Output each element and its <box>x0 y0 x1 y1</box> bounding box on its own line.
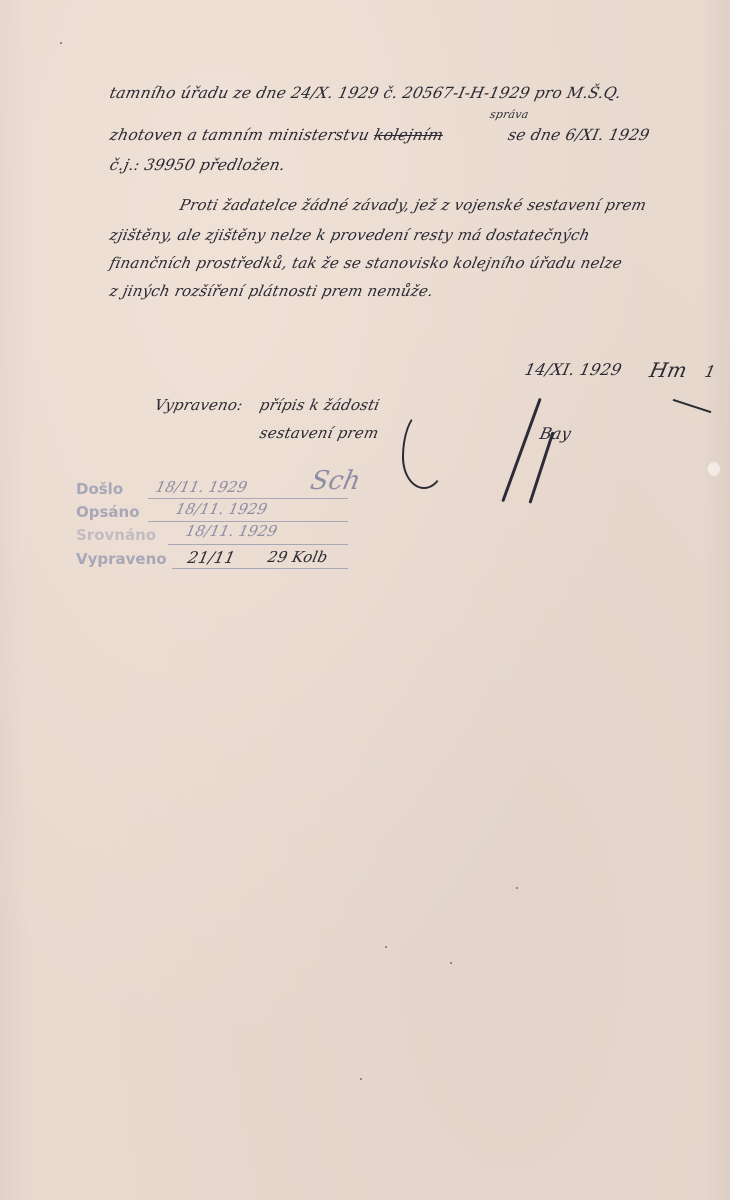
disposition-text-line2: sestavení prem <box>258 424 380 442</box>
stamp-value-vypraveno: 21/11 <box>186 548 237 567</box>
stamp-line <box>168 544 348 545</box>
disposition-text-line1: přípis k žádosti <box>258 396 381 414</box>
stamp-value-opsano: 18/11. 1929 <box>174 500 269 518</box>
paragraph1-line1: tamního úřadu ze dne 24/X. 1929 č. 20567… <box>108 84 623 102</box>
paragraph1-line3: č.j.: 39950 předložen. <box>108 156 287 174</box>
stamp-line <box>172 568 348 569</box>
closing-date: 14/XI. 1929 <box>523 360 624 379</box>
paper-speck <box>516 887 518 889</box>
paragraph2-line3: finančních prostředků, tak že se stanovi… <box>108 254 624 272</box>
paragraph1-line2: zhotoven a tamním ministerstvu kolejním … <box>108 126 651 144</box>
disposition-label: Vypraveno: <box>153 396 244 414</box>
stamp-label-srovnano: Srovnáno <box>76 526 156 544</box>
stamp-label-opsano: Opsáno <box>76 503 140 521</box>
paper-speck <box>60 42 62 44</box>
paragraph1-line2-insert: správa <box>489 108 530 121</box>
closing-number: 1 <box>703 362 717 381</box>
signature-loop <box>402 410 446 489</box>
edge-mark <box>708 462 720 476</box>
paragraph1-line2-a: zhotoven a tamním ministerstvu <box>108 126 371 144</box>
signature: Bay <box>538 424 573 443</box>
paragraph2-line4: z jiných rozšíření plátnosti prem nemůže… <box>108 282 435 300</box>
paragraph2-line2: zjištěny, ale zjištěny nelze k provedení… <box>108 226 591 244</box>
initials-flourish <box>673 399 712 413</box>
stamp-label-vypraveno: Vypraveno <box>76 550 167 568</box>
paragraph1-line2-b: se dne 6/XI. 1929 <box>506 126 651 144</box>
paper-speck <box>385 946 387 948</box>
stamp-initials: Sch <box>308 466 364 496</box>
stamp-line <box>148 498 348 499</box>
paper-speck <box>450 962 452 964</box>
closing-initials: Hm <box>647 358 689 382</box>
receipt-stamp: Došlo Opsáno Srovnáno Vypraveno 18/11. 1… <box>76 478 376 578</box>
stamp-label-doslo: Došlo <box>76 480 123 498</box>
paragraph1-line2-struck: kolejním <box>372 126 445 144</box>
stamp-value-srovnano: 18/11. 1929 <box>184 522 279 540</box>
paragraph2-line1: Proti žadatelce žádné závady, jež z voje… <box>178 196 648 214</box>
stamp-value-doslo: 18/11. 1929 <box>154 478 249 496</box>
paper-speck <box>360 1078 362 1080</box>
document-page: tamního úřadu ze dne 24/X. 1929 č. 20567… <box>0 0 730 1200</box>
stamp-value-vypraveno-extra: 29 Kolb <box>266 548 329 566</box>
